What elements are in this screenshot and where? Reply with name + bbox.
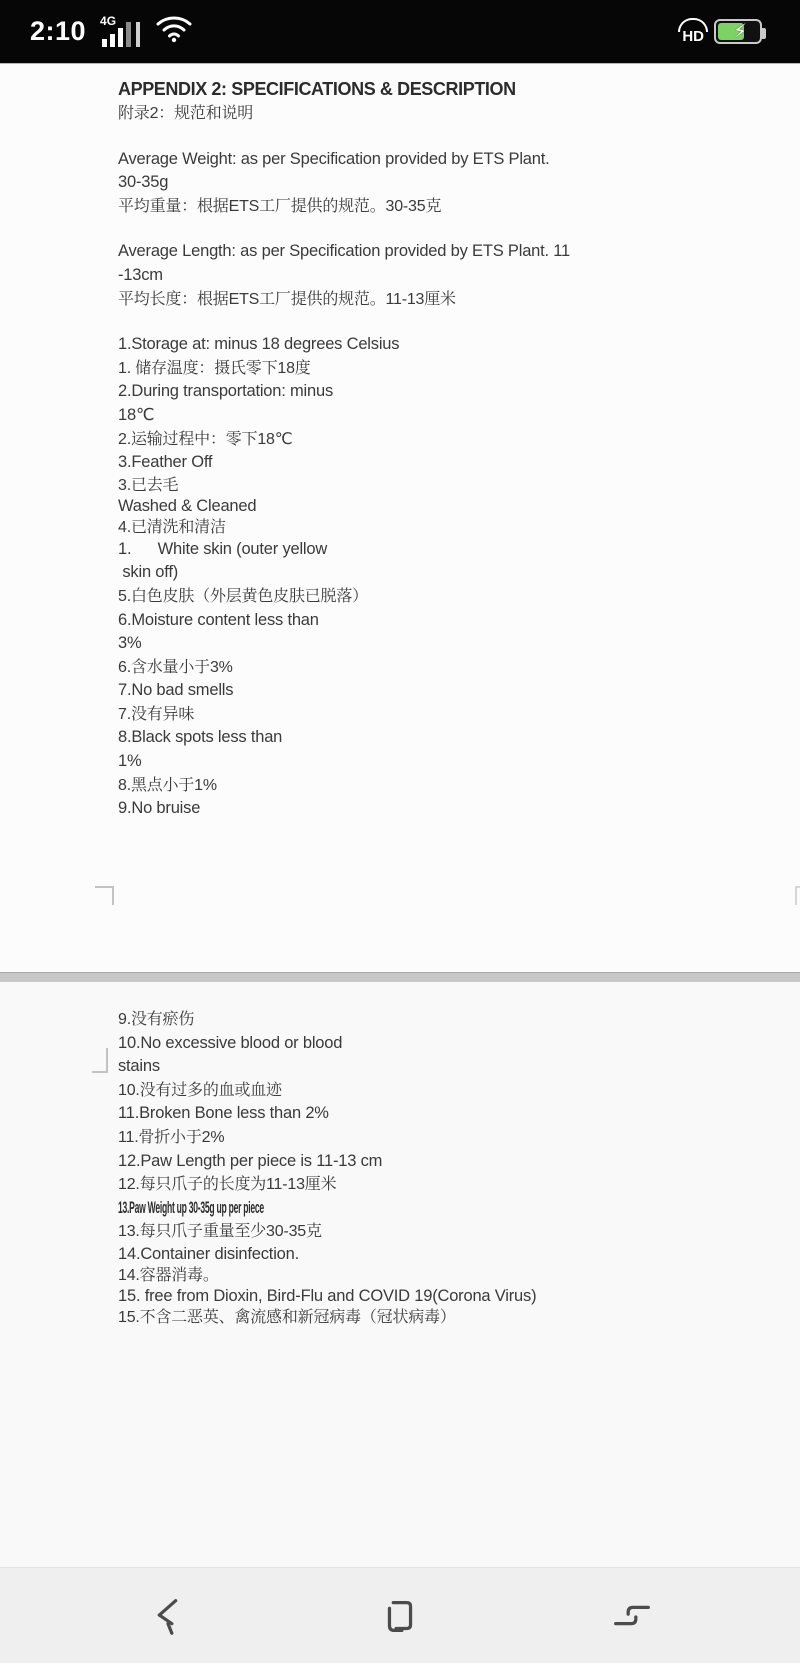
document-line: 14.Container disinfection. xyxy=(118,1244,758,1265)
document-line: -13cm xyxy=(118,264,758,288)
wifi-icon xyxy=(156,15,192,48)
document-line: skin off) xyxy=(118,561,758,585)
document-line: 18℃ xyxy=(118,404,758,428)
page-separator xyxy=(0,973,800,982)
page2-text-block: 9.没有瘀伤10.No excessive blood or bloodstai… xyxy=(118,1008,758,1328)
charging-bolt-icon: ⚡ xyxy=(733,19,747,44)
document-line: Average Weight: as per Specification pro… xyxy=(118,148,758,172)
document-line: 2.During transportation: minus xyxy=(118,380,758,404)
document-line: 9.没有瘀伤 xyxy=(118,1008,758,1032)
text-boundary-mark xyxy=(95,886,114,905)
document-line: 7.No bad smells xyxy=(118,679,758,703)
recents-button[interactable] xyxy=(584,1580,680,1652)
document-line: 平均长度：根据ETS工厂提供的规范。11-13厘米 xyxy=(118,288,758,312)
document-line: 12.每只爪子的长度为11-13厘米 xyxy=(118,1173,758,1197)
document-line: stains xyxy=(118,1055,758,1079)
text-boundary-mark xyxy=(795,886,800,905)
page1-text-block: APPENDIX 2: SPECIFICATIONS & DESCRIPTION… xyxy=(118,76,758,821)
document-line: 2.运输过程中：零下18℃ xyxy=(118,428,758,452)
home-button[interactable] xyxy=(352,1580,448,1652)
document-line: APPENDIX 2: SPECIFICATIONS & DESCRIPTION xyxy=(118,76,758,102)
document-line: 15. free from Dioxin, Bird-Flu and COVID… xyxy=(118,1286,758,1307)
document-line: 10.没有过多的血或血迹 xyxy=(118,1079,758,1103)
recent-apps-icon xyxy=(609,1593,655,1639)
document-line: 平均重量：根据ETS工厂提供的规范。30-35克 xyxy=(118,195,758,219)
clock: 2:10 xyxy=(30,16,86,47)
back-arrow-icon xyxy=(145,1593,191,1639)
document-line: 30-35g xyxy=(118,171,758,195)
document-line: 10.No excessive blood or blood xyxy=(118,1032,758,1056)
home-square-icon xyxy=(377,1593,423,1639)
document-line: 15.不含二恶英、禽流感和新冠病毒（冠状病毒） xyxy=(118,1307,758,1328)
blank-line xyxy=(118,126,758,148)
document-line: 3.Feather Off xyxy=(118,451,758,475)
battery-icon: ⚡ xyxy=(714,19,762,44)
document-line: 8.黑点小于1% xyxy=(118,774,758,798)
document-line: 1. White skin (outer yellow xyxy=(118,538,758,562)
document-line: 14.容器消毒。 xyxy=(118,1265,758,1286)
document-line: 7.没有异味 xyxy=(118,703,758,727)
document-line: Washed & Cleaned xyxy=(118,496,758,517)
document-line: 4.已清洗和清洁 xyxy=(118,517,758,538)
document-line: 13.Paw Weight up 30-35g up per piece xyxy=(118,1197,451,1221)
document-line: 6.Moisture content less than xyxy=(118,609,758,633)
status-bar: 2:10 4G HD ⚡ xyxy=(0,0,800,64)
document-line: 3% xyxy=(118,632,758,656)
document-line: 附录2：规范和说明 xyxy=(118,102,758,126)
document-line: Average Length: as per Specification pro… xyxy=(118,240,758,264)
document-line: 6.含水量小于3% xyxy=(118,656,758,680)
blank-line xyxy=(118,218,758,240)
document-line: 12.Paw Length per piece is 11-13 cm xyxy=(118,1150,758,1174)
document-line: 13.每只爪子重量至少30-35克 xyxy=(118,1220,758,1244)
blank-line xyxy=(118,311,758,333)
document-line: 9.No bruise xyxy=(118,797,758,821)
text-boundary-mark xyxy=(92,1048,108,1073)
document-line: 1. 储存温度：摄氏零下18度 xyxy=(118,357,758,381)
volte-hd-icon: HD xyxy=(682,18,704,45)
navigation-bar xyxy=(0,1567,800,1663)
back-button[interactable] xyxy=(120,1580,216,1652)
document-line: 5.白色皮肤（外层黄色皮肤已脱落） xyxy=(118,585,758,609)
document-line: 1.Storage at: minus 18 degrees Celsius xyxy=(118,333,758,357)
document-line: 1% xyxy=(118,750,758,774)
cellular-signal-icon: 4G xyxy=(100,15,146,49)
document-line: 3.已去毛 xyxy=(118,475,758,496)
document-line: 8.Black spots less than xyxy=(118,726,758,750)
document-line: 11.Broken Bone less than 2% xyxy=(118,1102,758,1126)
document-line: 11.骨折小于2% xyxy=(118,1126,758,1150)
